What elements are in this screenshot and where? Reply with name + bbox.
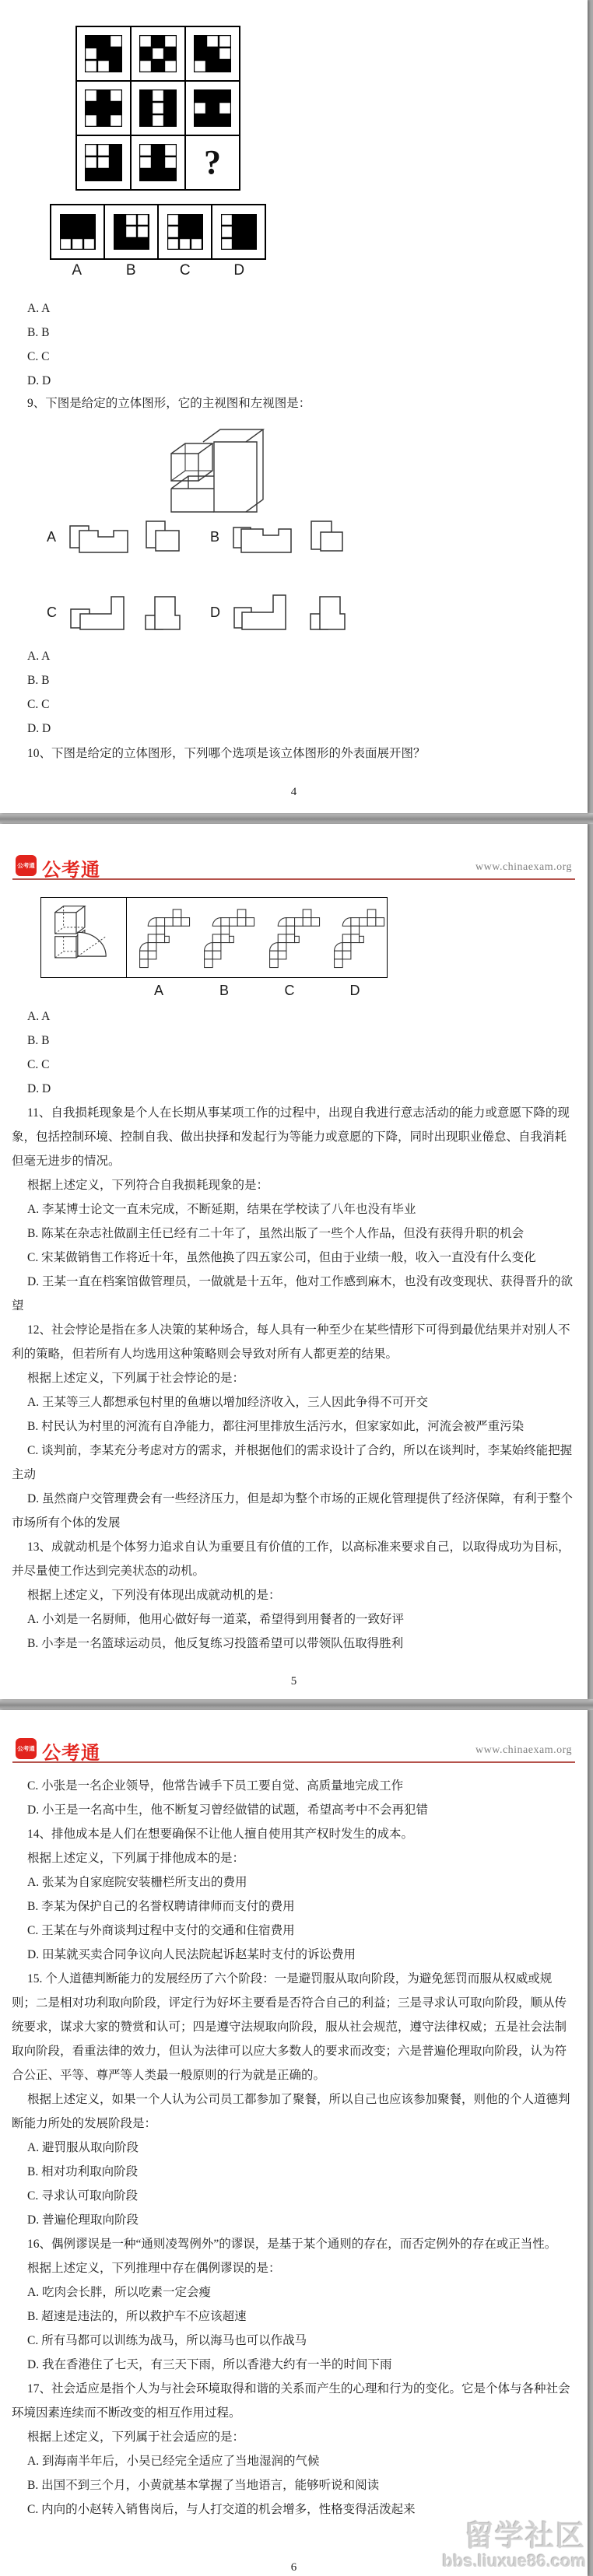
white-square [97,156,110,169]
front-view-shape [232,518,294,556]
question-10-text: 10、下图是给定的立体图形，下列哪个选项是该立体图形的外表面展开图？ [0,741,588,766]
document-page-6: 公考通 公考通 www.chinaexam.org C. 小张是一名企业领导，他… [0,1710,588,2576]
black-square [60,226,72,237]
net-option-b-figure [192,902,256,973]
net-option-labels: A B C D [126,983,388,999]
text-line: 根据上述定义，下列推理中存在偶例谬误的是： [0,2256,588,2280]
text-line: C. 王某在与外商谈判过程中支付的交通和住宿费用 [0,1919,588,1943]
black-square [97,89,110,102]
text-line: D. 田某就买卖合同争议向人民法院起诉赵某时支付的诉讼费用 [0,1943,588,1967]
black-square [125,238,137,250]
black-square [83,214,95,226]
q9-option-d: D [210,594,351,631]
black-square [85,35,97,47]
net-options [127,898,387,977]
black-square [244,226,256,237]
black-square [194,89,206,102]
text-line: A. 小刘是一名厨师，他用心做好每一道菜，希望得到用餐者的一致好评 [0,1607,588,1631]
white-square [221,214,233,226]
white-square [164,60,177,72]
question-9: 9、下图是给定的立体图形，它的主视图和左视图是： [0,391,588,415]
white-square [179,238,191,250]
white-square [85,47,97,60]
white-square [152,89,164,102]
gongkaotong-logo-icon: 公考通 [16,1738,37,1759]
net-label-c: C [257,983,322,999]
site-url-link[interactable]: www.chinaexam.org [475,861,572,874]
black-square [191,214,202,226]
black-square [83,226,95,237]
white-square [221,226,233,237]
page6-text: C. 小张是一名企业领导，他常告诫手下员工要自觉、高质量地完成工作D. 小王是一… [0,1774,588,2522]
black-square [139,89,152,102]
white-square [139,35,152,47]
page5-text: A. AB. BC. CD. D11、自我损耗现象是个人在长期从事某项工作的过程… [0,1004,588,1656]
white-square [219,47,231,60]
black-square [110,47,122,60]
front-view-shape [68,518,131,556]
black-square [114,214,125,226]
option-label-c: C [158,262,212,279]
text-line: 根据上述定义，下列符合自我损耗现象的是： [0,1173,588,1197]
question-9-text: 9、下图是给定的立体图形，它的主视图和左视图是： [0,391,588,415]
net-option-d-figure [322,902,386,973]
text-line: A. 吃肉会长胖，所以吃素一定会瘦 [0,2280,588,2304]
black-square [179,226,191,237]
text-line: 根据上述定义，如果一个人认为公司员工都参加了聚餐，所以自己也应该参加聚餐，则他的… [0,2087,588,2136]
net-option-c-figure [258,902,321,973]
white-square [164,144,177,156]
white-square [60,238,72,250]
black-square [194,35,206,47]
text-line: B. B [0,321,588,345]
q9-option-row-2: C D [0,594,588,637]
text-line: B. 出国不到三个月，小黄就基本掌握了当地语言，能够听说和阅读 [0,2473,588,2497]
black-square [206,102,219,114]
black-square [164,47,177,60]
black-square [219,60,231,72]
white-square [164,35,177,47]
text-line: 17、社会适应是指个人为与社会环境取得和谐的关系而产生的心理和行为的变化。它是个… [0,2377,588,2425]
black-square [164,89,177,102]
page-separator [0,813,593,824]
watermark-title: 留学社区 [442,2522,586,2552]
text-line: C. 所有马都可以训练为战马，所以海马也可以作战马 [0,2329,588,2353]
solid-figure-wireframe [148,419,265,520]
text-line: A. A [0,644,588,668]
matrix-cell [76,81,131,135]
black-square [244,238,256,250]
black-square [206,114,219,127]
white-square [110,89,122,102]
matrix-cell [76,135,131,190]
answers-q9: A. AB. BC. CD. D [0,644,588,741]
text-line: D. 虽然商户交管理费会有一些经济压力，但是却为整个市场的正规化管理提供了经济保… [0,1487,588,1535]
front-view-shape [69,594,132,631]
page-separator [0,1699,593,1710]
white-square [139,60,152,72]
q9-option-a-label: A [47,529,56,545]
black-square [60,214,72,226]
document-page-4: ? A B C D A. AB. BC. CD. D 9、下图是给定的立体图形，… [0,0,588,813]
text-line: 根据上述定义，下列属于社会适应的是： [0,2425,588,2449]
black-square [139,169,152,181]
black-square [206,89,219,102]
black-square [97,47,110,60]
front-view-shape [233,594,295,631]
text-line: C. C [0,692,588,717]
white-square [152,47,164,60]
white-square [219,35,231,47]
matrix-option-strip [50,204,266,260]
net-puzzle-stem [41,898,127,977]
black-square [152,156,164,169]
black-square [233,214,244,226]
cubes-and-wedge-figure [45,901,123,975]
text-line: B. 小李是一名篮球运动员，他反复练习投篮希望可以带领队伍取得胜利 [0,1631,588,1656]
text-line: 16、偶例谬误是一种“通则凌驾例外”的谬误，是基于某个通则的存在，而否定例外的存… [0,2232,588,2256]
text-line: 根据上述定义，下列属于排他成本的是： [0,1846,588,1870]
black-square [110,60,122,72]
black-square [114,238,125,250]
text-line: 12、社会悖论是指在多人决策的某种场合，每人具有一种至少在某些情形下可得到最优结… [0,1318,588,1366]
text-line: 13、成就动机是个体努力追求自认为重要且有价值的工作，以高标准来要求自己，以取得… [0,1535,588,1583]
side-view-shape [144,594,188,631]
matrix-cell [76,26,131,81]
black-square [244,214,256,226]
black-square [97,102,110,114]
gongkaotong-logo-icon: 公考通 [16,855,37,876]
black-square [164,102,177,114]
q9-option-d-label: D [210,605,220,621]
white-square [72,238,83,250]
q9-option-c: C [47,594,188,631]
header-rule [12,878,575,880]
page-number: 5 [0,1675,588,1688]
black-square [137,238,149,250]
text-line: 11、自我损耗现象是个人在长期从事某项工作的过程中，出现自我进行意志活动的能力或… [0,1101,588,1173]
q9-option-b: B [210,518,347,556]
header-rule [12,1761,575,1763]
text-line: D. D [0,369,588,393]
black-square [85,102,97,114]
black-square [191,226,202,237]
white-square [137,214,149,226]
black-square [152,35,164,47]
black-square [85,169,97,181]
black-square [97,169,110,181]
matrix-cell [131,135,185,190]
text-line: B. 陈某在杂志社做副主任已经有二十年了，虽然出版了一些个人作品，但没有获得升职… [0,1221,588,1246]
black-square [139,47,152,60]
black-square [97,35,110,47]
text-line: A. 张某为自家庭院安装栅栏所支出的费用 [0,1870,588,1894]
white-square [152,102,164,114]
white-square [97,60,110,72]
black-square [72,214,83,226]
white-square [85,114,97,127]
text-line: A. A [0,296,588,321]
white-square [152,114,164,127]
white-square [167,238,179,250]
q9-option-row-1: A B [0,518,588,562]
matrix-cell [131,26,185,81]
text-line: B. 相对功利取向阶段 [0,2160,588,2184]
option-cell-a [51,205,104,259]
side-view-shape [143,518,184,556]
white-square [219,102,231,114]
text-line: 15. 个人道德判断能力的发展经历了六个阶段：一是避罚服从取向阶段，为避免惩罚而… [0,1967,588,2087]
white-square [191,238,202,250]
option-cell-b [104,205,158,259]
text-line: C. C [0,1053,588,1077]
q9-option-c-label: C [47,605,57,621]
text-line: A. 李某博士论文一直未完成，不断延期，结果在学校读了八年也没有毕业 [0,1197,588,1221]
black-square [206,60,219,72]
text-line: A. 避罚服从取向阶段 [0,2136,588,2160]
text-line: B. 超速是违法的，所以救护车不应该超速 [0,2304,588,2329]
matrix-cell [185,26,240,81]
page-number: 6 [0,2561,588,2574]
black-square [194,47,206,60]
white-square [194,102,206,114]
page-number: 4 [0,786,588,799]
white-square [139,156,152,169]
net-label-a: A [126,983,191,999]
side-view-shape [307,594,351,631]
text-line: B. 李某为保护自己的名誉权聘请律师而支付的费用 [0,1894,588,1919]
text-line: B. B [0,1029,588,1053]
text-line: 根据上述定义，下列属于社会悖论的是： [0,1366,588,1390]
matrix-cell [185,81,240,135]
black-square [110,144,122,156]
text-line: B. 村民认为村里的河流有自净能力，都往河里排放生活污水，但家家如此，河流会被严… [0,1414,588,1439]
black-square [152,60,164,72]
white-square [97,144,110,156]
text-line: D. 王某一直在档案馆做管理员，一做就是十五年，他对工作感到麻木，也没有改变现状… [0,1270,588,1318]
text-line: A. 到海南半年后，小吴已经完全适应了当地湿润的气候 [0,2449,588,2473]
black-square [139,102,152,114]
white-square [85,144,97,156]
question-mark: ? [204,145,221,180]
black-square [164,114,177,127]
white-square [125,226,137,237]
text-line: A. 王某等三人都想承包村里的鱼塘以增加经济收入，三人因此争得不可开交 [0,1390,588,1414]
black-square [219,89,231,102]
text-line: B. B [0,668,588,692]
question-10: 10、下图是给定的立体图形，下列哪个选项是该立体图形的外表面展开图？ [0,741,588,766]
white-square [167,214,179,226]
white-square [125,214,137,226]
q9-option-a: A [47,518,184,556]
text-line: C. 谈判前，李某充分考虑对方的需求，并根据他们的需求设计了合约，所以在谈判时，… [0,1439,588,1487]
white-square [137,226,149,237]
text-line: D. 普遍伦理取向阶段 [0,2208,588,2232]
black-square [233,238,244,250]
document-page-5: 公考通 公考通 www.chinaexam.org A B [0,824,588,1699]
text-line: C. 寻求认可取向阶段 [0,2184,588,2208]
white-square [206,35,219,47]
white-square [85,60,97,72]
white-square [139,144,152,156]
answers-q8: A. AB. BC. CD. D [0,296,588,393]
text-line: D. 我在香港住了七天，有三天下雨，所以香港大约有一半的时间下雨 [0,2353,588,2377]
black-square [72,226,83,237]
net-option-a-figure [128,902,191,973]
brand-name: 公考通 [42,1737,100,1765]
black-square [219,114,231,127]
net-puzzle-box [40,897,388,978]
net-label-b: B [191,983,257,999]
white-square [83,238,95,250]
text-line: C. 小张是一名企业领导，他常告诫手下员工要自觉、高质量地完成工作 [0,1774,588,1798]
option-label-d: D [212,262,267,279]
white-square [110,114,122,127]
matrix-puzzle: ? [75,26,240,191]
brand-name: 公考通 [42,854,100,881]
q9-option-b-label: B [210,529,219,545]
black-square [194,114,206,127]
text-line: A. A [0,1004,588,1029]
option-cell-c [158,205,212,259]
net-label-d: D [322,983,388,999]
matrix-cell [131,81,185,135]
black-square [114,226,125,237]
side-view-shape [307,518,347,556]
black-square [110,169,122,181]
white-square [167,226,179,237]
black-square [110,102,122,114]
black-square [179,214,191,226]
white-square [85,89,97,102]
black-square [152,144,164,156]
black-square [97,114,110,127]
text-line: C. 内向的小赵转入销售岗后，与人打交道的机会增多，性格变得活泼起来 [0,2497,588,2522]
black-square [139,114,152,127]
text-line: 根据上述定义，下列没有体现出成就动机的是： [0,1583,588,1607]
black-square [110,156,122,169]
option-cell-d [212,205,265,259]
matrix-question-cell: ? [185,135,240,190]
text-line: D. D [0,717,588,741]
text-line: 14、排他成本是人们在想要确保不让他人擅自使用其产权时发生的成本。 [0,1822,588,1846]
black-square [233,226,244,237]
option-label-a: A [50,262,104,279]
black-square [164,169,177,181]
text-line: C. C [0,345,588,369]
option-strip-labels: A B C D [50,262,266,279]
white-square [194,60,206,72]
option-label-b: B [104,262,159,279]
white-square [85,156,97,169]
site-url-link[interactable]: www.chinaexam.org [475,1744,572,1757]
text-line: D. 小王是一名高中生，他不断复习曾经做错的试题，希望高考中不会再犯错 [0,1798,588,1822]
black-square [206,47,219,60]
white-square [221,238,233,250]
text-line: D. D [0,1077,588,1101]
text-line: C. 宋某做销售工作将近十年，虽然他换了四五家公司，但由于业绩一般，收入一直没有… [0,1246,588,1270]
white-square [164,156,177,169]
black-square [152,169,164,181]
white-square [110,35,122,47]
